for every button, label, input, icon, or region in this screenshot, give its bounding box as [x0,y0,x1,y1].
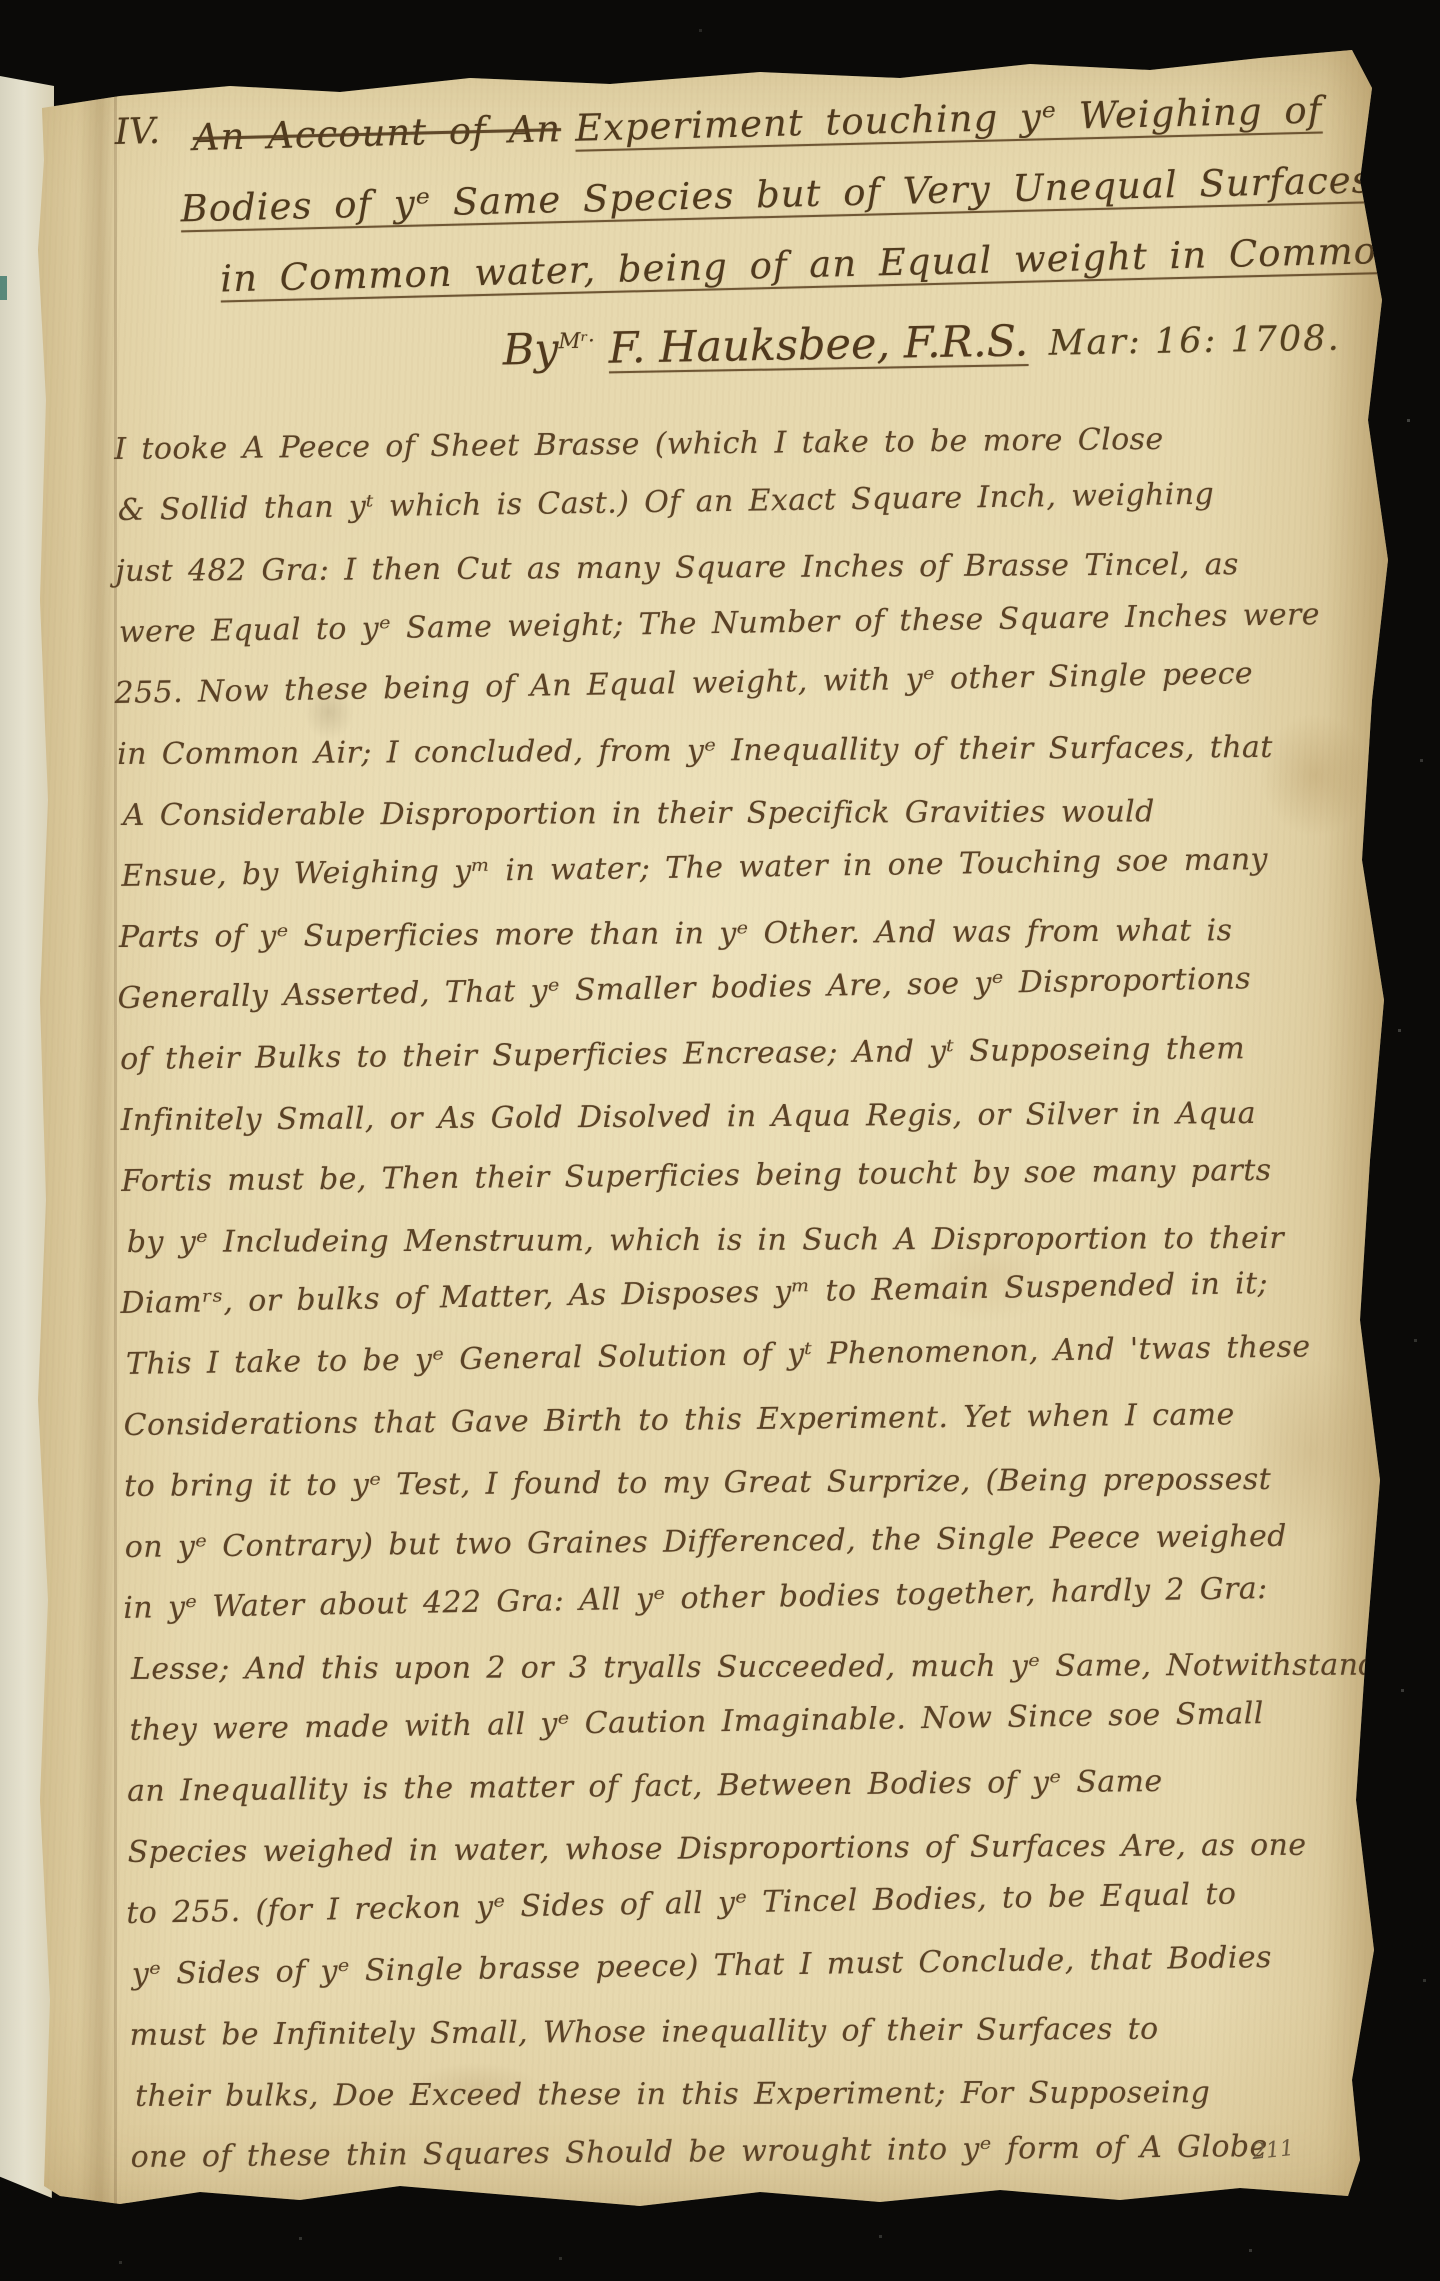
page-number: 211 [1251,2136,1295,2165]
manuscript-line: Considerations that Gave Birth to this E… [123,1385,1376,1458]
byline-honorific: Mʳ· [558,329,595,355]
title-lines: An Account of AnExperiment touching yᵉ W… [192,70,1440,315]
byline: ByMʳ· F. Hauksbee, F.R.S. [502,297,1029,387]
scan-background: IV. An Account of AnExperiment touching … [0,0,1440,2281]
manuscript-page: IV. An Account of AnExperiment touching … [26,42,1394,2214]
manuscript-line: in Common Air; I concluded, from yᵉ Ineq… [117,719,1369,788]
manuscript-line: their bulks, Doe Exceed these in this Ex… [135,2064,1387,2129]
manuscript-content: IV. An Account of AnExperiment touching … [114,104,1366,2190]
title-block: IV. An Account of AnExperiment touching … [114,73,1371,317]
manuscript-line: Infinitely Small, or As Gold Disolved in… [121,1085,1373,1154]
manuscript-line: an Inequallity is the matter of fact, Be… [127,1751,1380,1824]
manuscript-line: of their Bulks to their Superficies Encr… [120,1019,1373,1092]
title-struck-text: An Account of An [192,107,561,159]
manuscript-body: I tooke A Peece of Sheet Brasse (which I… [114,409,1383,2190]
gutter-shadow [78,42,118,2214]
date: Mar: 16: 1708. [1048,302,1341,381]
byline-author: F. Hauksbee, F.R.S. [608,316,1028,373]
manuscript-line: to bring it to yᵉ Test, I found to my Gr… [124,1451,1376,1520]
byline-by: By [502,325,559,376]
binding-edge-fragment [0,276,7,300]
manuscript-line: Fortis must be, Then their Superficies b… [121,1141,1374,1214]
dust-specks [0,0,1,1]
section-number: IV. [114,102,185,317]
title-line-1-text: Experiment touching yᵉ Weighing of [575,88,1323,149]
manuscript-line: must be Infinitely Small, Whose inequall… [129,2000,1381,2069]
